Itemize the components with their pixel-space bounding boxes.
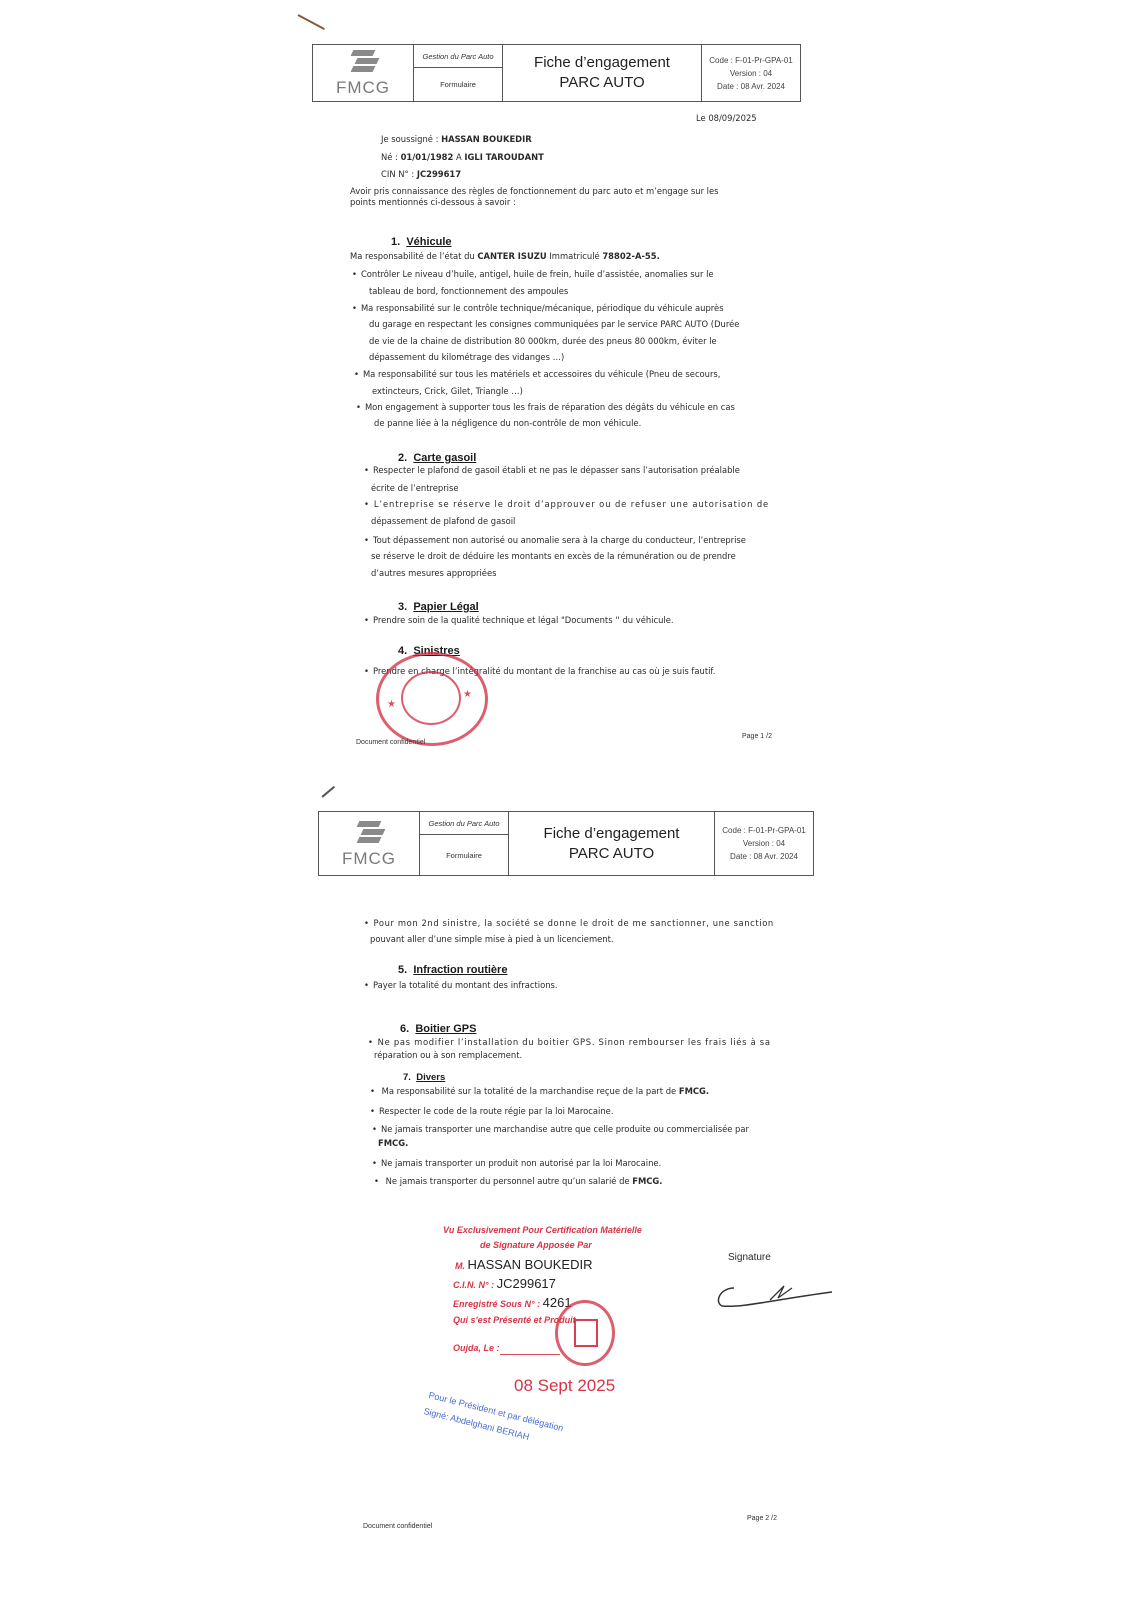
identity-birth: Né : 01/01/1982 A IGLI TAROUDANT: [381, 152, 544, 163]
company-logo: FMCG: [319, 812, 420, 875]
document-title: Fiche d’engagement PARC AUTO: [509, 812, 715, 875]
official-seal: [555, 1300, 615, 1366]
page-number: Page 1 /2: [742, 733, 772, 740]
logo-text: FMCG: [336, 78, 390, 98]
fmcg-logo-icon: [354, 819, 384, 845]
document-meta: Code : F-01-Pr-GPA-01 Version : 04 Date …: [715, 812, 813, 875]
bullet-item: L’entreprise se réserve le droit d’appro…: [364, 499, 769, 510]
bullet-item: Ne jamais transporter du personnel autre…: [374, 1176, 663, 1187]
document-header: FMCG Gestion du Parc Auto Formulaire Fic…: [318, 811, 814, 876]
document-meta: Code : F-01-Pr-GPA-01 Version : 04 Date …: [702, 45, 800, 101]
bullet-item: Prendre soin de la qualité technique et …: [364, 615, 674, 626]
stamp-inner-ring: [401, 671, 461, 725]
identity-cin: CIN N° : JC299617: [381, 169, 461, 180]
bullet-item: Ne jamais transporter un produit non aut…: [372, 1158, 661, 1169]
bullet-item: Respecter le code de la route régie par …: [370, 1106, 613, 1117]
section-title: 7. Divers: [403, 1072, 445, 1083]
doc-version: Version : 04: [730, 67, 772, 80]
intro-text: points mentionnés ci-dessous à savoir :: [350, 197, 516, 208]
section-title: 2. Carte gasoil: [398, 452, 476, 464]
divider: [500, 1354, 560, 1355]
section-title: 1. Véhicule: [391, 236, 452, 248]
document-header: FMCG Gestion du Parc Auto Formulaire Fic…: [312, 44, 801, 102]
doc-date: Date : 08 Avr. 2024: [717, 80, 785, 93]
pen-mark: [322, 786, 335, 797]
bullet-item: Pour mon 2nd sinistre, la société se don…: [364, 918, 774, 929]
bullet-item: Ne pas modifier l’installation du boitie…: [368, 1037, 771, 1048]
footer-confidential: Document confidentiel: [363, 1523, 432, 1530]
bullet-item: Respecter le plafond de gasoil établi et…: [364, 465, 740, 476]
company-logo: FMCG: [313, 45, 414, 101]
header-type: Formulaire: [420, 835, 508, 875]
company-stamp: ★ ★: [376, 652, 488, 746]
header-category: Gestion du Parc Auto: [414, 45, 502, 68]
section-title: 6. Boitier GPS: [400, 1023, 476, 1035]
doc-code: Code : F-01-Pr-GPA-01: [722, 824, 805, 837]
document-date: Le 08/09/2025: [696, 113, 757, 124]
bullet-item: Ma responsabilité sur le contrôle techni…: [352, 303, 724, 314]
doc-code: Code : F-01-Pr-GPA-01: [709, 54, 792, 67]
bullet-item: Mon engagement à supporter tous les frai…: [356, 402, 735, 413]
section-title: 5. Infraction routière: [398, 964, 507, 976]
bullet-item: Ma responsabilité sur tous les matériels…: [354, 369, 720, 380]
stamp-star-icon: ★: [387, 699, 396, 710]
intro-text: Avoir pris connaissance des règles de fo…: [350, 186, 719, 197]
bullet-item: Contrôler Le niveau d’huile, antigel, hu…: [352, 269, 714, 280]
document-title: Fiche d’engagement PARC AUTO: [503, 45, 702, 101]
handwritten-signature: [712, 1282, 837, 1314]
footer-confidential: Document confidentiel: [356, 739, 425, 746]
header-category: Gestion du Parc Auto: [420, 812, 508, 835]
certification-date: 08 Sept 2025: [514, 1376, 615, 1396]
section-lead: Ma responsabilité de l’état du CANTER IS…: [350, 251, 660, 262]
bullet-item: Tout dépassement non autorisé ou anomali…: [364, 535, 746, 546]
bullet-item: Ne jamais transporter une marchandise au…: [372, 1124, 749, 1135]
identity-name: Je soussigné : HASSAN BOUKEDIR: [381, 134, 532, 145]
pen-mark: [298, 14, 325, 30]
fmcg-logo-icon: [348, 48, 378, 74]
doc-date: Date : 08 Avr. 2024: [730, 850, 798, 863]
page-number: Page 2 /2: [747, 1515, 777, 1522]
bullet-item: Ma responsabilité sur la totalité de la …: [370, 1086, 709, 1097]
doc-version: Version : 04: [743, 837, 785, 850]
logo-text: FMCG: [342, 849, 396, 869]
signature-label: Signature: [728, 1252, 771, 1263]
seal-emblem-icon: [574, 1319, 598, 1347]
section-title: 3. Papier Légal: [398, 601, 479, 613]
header-type: Formulaire: [414, 68, 502, 101]
stamp-star-icon: ★: [463, 689, 472, 700]
bullet-item: Payer la totalité du montant des infract…: [364, 980, 558, 991]
